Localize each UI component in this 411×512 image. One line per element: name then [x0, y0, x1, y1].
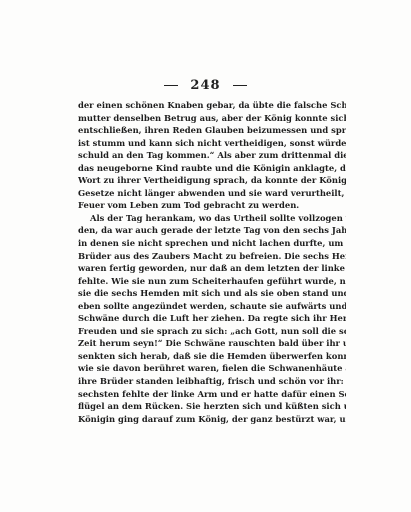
text-line: entschließen, ihren Reden Glauben beizum…	[78, 124, 346, 137]
text-line: fehlte. Wie sie nun zum Scheiterhaufen g…	[78, 275, 346, 288]
text-line-paragraph-start: Als der Tag herankam, wo das Urtheil sol…	[78, 212, 346, 225]
text-line: den, da war auch gerade der letzte Tag v…	[78, 224, 346, 237]
text-line: in denen sie nicht sprechen und nicht la…	[78, 237, 346, 250]
text-line: wie sie davon berühret waren, fielen die…	[78, 362, 346, 375]
text-line: der einen schönen Knaben gebar, da übte …	[78, 99, 346, 112]
text-line: flügel an dem Rücken. Sie herzten sich u…	[78, 400, 346, 413]
body-text: der einen schönen Knaben gebar, da übte …	[78, 99, 346, 425]
text-line: eben sollte angezündet werden, schaute s…	[78, 300, 346, 313]
page-number: 248	[0, 78, 411, 93]
text-line: schuld an den Tag kommen.“ Als aber zum …	[78, 149, 346, 162]
page-number-dash-right	[233, 85, 247, 86]
text-line: Schwäne durch die Luft her ziehen. Da re…	[78, 312, 346, 325]
scanned-book-page: 248 der einen schönen Knaben gebar, da ü…	[0, 0, 411, 512]
text-line: sechsten fehlte der linke Arm und er hat…	[78, 388, 346, 401]
text-line-paragraph-end: Feuer vom Leben zum Tod gebracht zu werd…	[78, 199, 346, 212]
text-line: mutter denselben Betrug aus, aber der Kö…	[78, 112, 346, 125]
text-line: Freuden und sie sprach zu sich: „ach Got…	[78, 325, 346, 338]
text-line: Königin ging darauf zum König, der ganz …	[78, 413, 346, 426]
text-line: Gesetze nicht länger abwenden und sie wa…	[78, 187, 346, 200]
text-line: Brüder aus des Zaubers Macht zu befreien…	[78, 250, 346, 263]
page-number-dash-left	[164, 85, 178, 86]
text-line: Zeit herum seyn!“ Die Schwäne rauschten …	[78, 337, 346, 350]
text-line: ihre Brüder standen leibhaftig, frisch u…	[78, 375, 346, 388]
page-number-value: 248	[190, 78, 220, 93]
text-line: das neugeborne Kind raubte und die König…	[78, 162, 346, 175]
text-line: ist stumm und kann sich nicht vertheidig…	[78, 137, 346, 150]
text-line: senkten sich herab, daß sie die Hemden ü…	[78, 350, 346, 363]
text-line: Wort zu ihrer Vertheidigung sprach, da k…	[78, 174, 346, 187]
text-line: sie die sechs Hemden mit sich und als si…	[78, 287, 346, 300]
text-line: waren fertig geworden, nur daß an dem le…	[78, 262, 346, 275]
